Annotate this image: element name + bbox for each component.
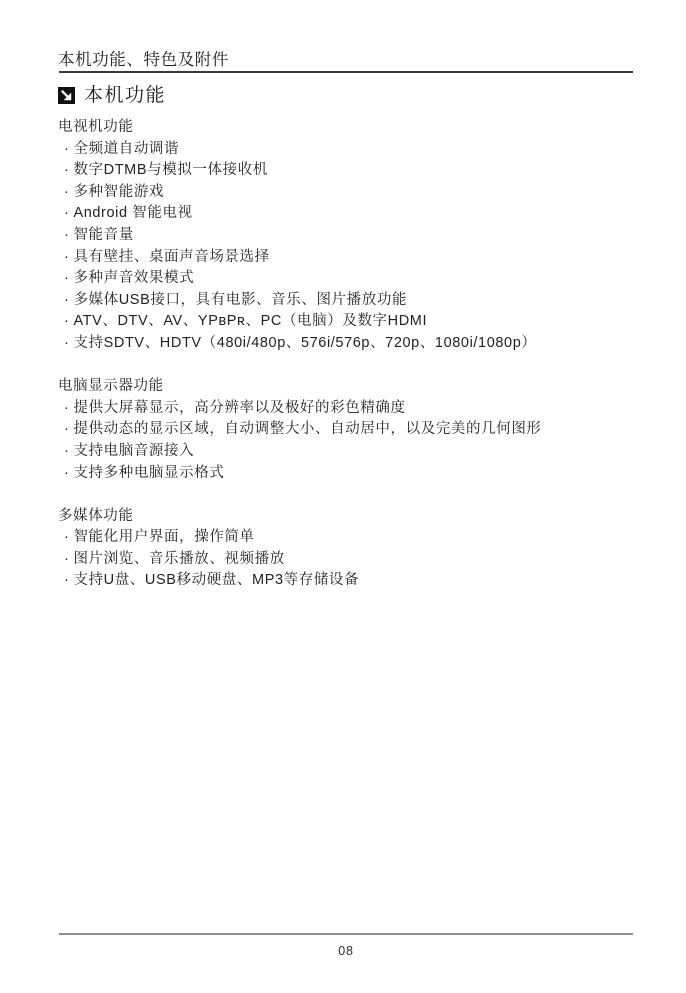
- feature-item-text: 支持多种电脑显示格式: [73, 465, 224, 481]
- feature-item: ·图片浏览、音乐播放、视频播放: [58, 549, 636, 571]
- bullet-glyph: ·: [64, 225, 69, 247]
- feature-item: ·支持多种电脑显示格式: [58, 463, 636, 485]
- feature-item: ·Android 智能电视: [58, 203, 636, 225]
- feature-item-text: 具有壁挂、桌面声音场景选择: [73, 249, 269, 265]
- feature-item: ·多媒体USB接口，具有电影、音乐、图片播放功能: [58, 290, 636, 312]
- footer-divider: [59, 933, 633, 935]
- bullet-glyph: ·: [64, 290, 69, 312]
- feature-section-multimedia: 多媒体功能 ·智能化用户界面，操作简单·图片浏览、音乐播放、视频播放·支持U盘、…: [58, 506, 636, 592]
- feature-item: ·数字DTMB与模拟一体接收机: [58, 160, 636, 182]
- bullet-glyph: ·: [64, 463, 69, 485]
- bullet-glyph: ·: [64, 268, 69, 290]
- page-number: 08: [59, 944, 633, 958]
- bullet-glyph: ·: [64, 333, 69, 355]
- bullet-glyph: ·: [64, 549, 69, 571]
- section-title-row: 本机功能: [58, 86, 166, 105]
- feature-item: ·多种声音效果模式: [58, 268, 636, 290]
- feature-item-text: 智能化用户界面，操作简单: [73, 529, 254, 545]
- feature-item: ·ATV、DTV、AV、YPʙPʀ、PC（电脑）及数字HDMI: [58, 311, 636, 333]
- feature-section-tv: 电视机功能 ·全频道自动调谐·数字DTMB与模拟一体接收机·多种智能游戏·And…: [58, 117, 636, 355]
- bullet-glyph: ·: [64, 203, 69, 225]
- feature-item: ·具有壁挂、桌面声音场景选择: [58, 247, 636, 269]
- feature-list: ·智能化用户界面，操作简单·图片浏览、音乐播放、视频播放·支持U盘、USB移动硬…: [58, 527, 636, 592]
- bullet-glyph: ·: [64, 160, 69, 182]
- bullet-glyph: ·: [64, 247, 69, 269]
- header-divider: [59, 71, 633, 73]
- feature-item-text: ATV、DTV、AV、YPʙPʀ、PC（电脑）及数字HDMI: [73, 313, 427, 329]
- feature-item: ·多种智能游戏: [58, 182, 636, 204]
- feature-section-pc-monitor: 电脑显示器功能 ·提供大屏幕显示，高分辨率以及极好的彩色精确度·提供动态的显示区…: [58, 376, 636, 484]
- feature-item-text: 多种声音效果模式: [73, 270, 194, 286]
- feature-item: ·提供动态的显示区域，自动调整大小、自动居中，以及完美的几何图形: [58, 419, 636, 441]
- page-header-title: 本机功能、特色及附件: [58, 46, 229, 70]
- feature-item-text: Android 智能电视: [73, 205, 192, 221]
- bullet-glyph: ·: [64, 441, 69, 463]
- feature-item-text: 全频道自动调谐: [73, 141, 179, 157]
- feature-item: ·智能音量: [58, 225, 636, 247]
- feature-content: 电视机功能 ·全频道自动调谐·数字DTMB与模拟一体接收机·多种智能游戏·And…: [58, 117, 636, 592]
- feature-item: ·支持SDTV、HDTV（480i/480p、576i/576p、720p、10…: [58, 333, 636, 355]
- feature-item-text: 提供大屏幕显示，高分辨率以及极好的彩色精确度: [73, 400, 405, 416]
- feature-item: ·智能化用户界面，操作简单: [58, 527, 636, 549]
- bullet-glyph: ·: [64, 311, 69, 333]
- feature-item: ·全频道自动调谐: [58, 139, 636, 161]
- feature-list: ·全频道自动调谐·数字DTMB与模拟一体接收机·多种智能游戏·Android 智…: [58, 139, 636, 355]
- feature-item-text: 多种智能游戏: [73, 184, 164, 200]
- feature-item-text: 智能音量: [73, 227, 133, 243]
- feature-item-text: 数字DTMB与模拟一体接收机: [73, 162, 267, 178]
- section-title: 本机功能: [84, 86, 166, 105]
- subsection-heading: 电脑显示器功能: [58, 376, 636, 398]
- manual-page: 本机功能、特色及附件 本机功能 电视机功能 ·全频道自动调谐·数字DTMB与模拟…: [0, 0, 686, 993]
- feature-list: ·提供大屏幕显示，高分辨率以及极好的彩色精确度·提供动态的显示区域，自动调整大小…: [58, 398, 636, 484]
- feature-item-text: 支持SDTV、HDTV（480i/480p、576i/576p、720p、108…: [73, 335, 536, 351]
- corner-arrow-icon: [58, 87, 75, 104]
- bullet-glyph: ·: [64, 419, 69, 441]
- feature-item: ·支持U盘、USB移动硬盘、MP3等存储设备: [58, 570, 636, 592]
- subsection-heading: 电视机功能: [58, 117, 636, 139]
- bullet-glyph: ·: [64, 398, 69, 420]
- feature-item: ·支持电脑音源接入: [58, 441, 636, 463]
- subsection-heading: 多媒体功能: [58, 506, 636, 528]
- bullet-glyph: ·: [64, 139, 69, 161]
- feature-item-text: 图片浏览、音乐播放、视频播放: [73, 551, 284, 567]
- feature-item: ·提供大屏幕显示，高分辨率以及极好的彩色精确度: [58, 398, 636, 420]
- feature-item-text: 支持电脑音源接入: [73, 443, 194, 459]
- bullet-glyph: ·: [64, 182, 69, 204]
- feature-item-text: 多媒体USB接口，具有电影、音乐、图片播放功能: [73, 292, 407, 308]
- feature-item-text: 提供动态的显示区域，自动调整大小、自动居中，以及完美的几何图形: [73, 421, 541, 437]
- feature-item-text: 支持U盘、USB移动硬盘、MP3等存储设备: [73, 572, 359, 588]
- bullet-glyph: ·: [64, 527, 69, 549]
- bullet-glyph: ·: [64, 570, 69, 592]
